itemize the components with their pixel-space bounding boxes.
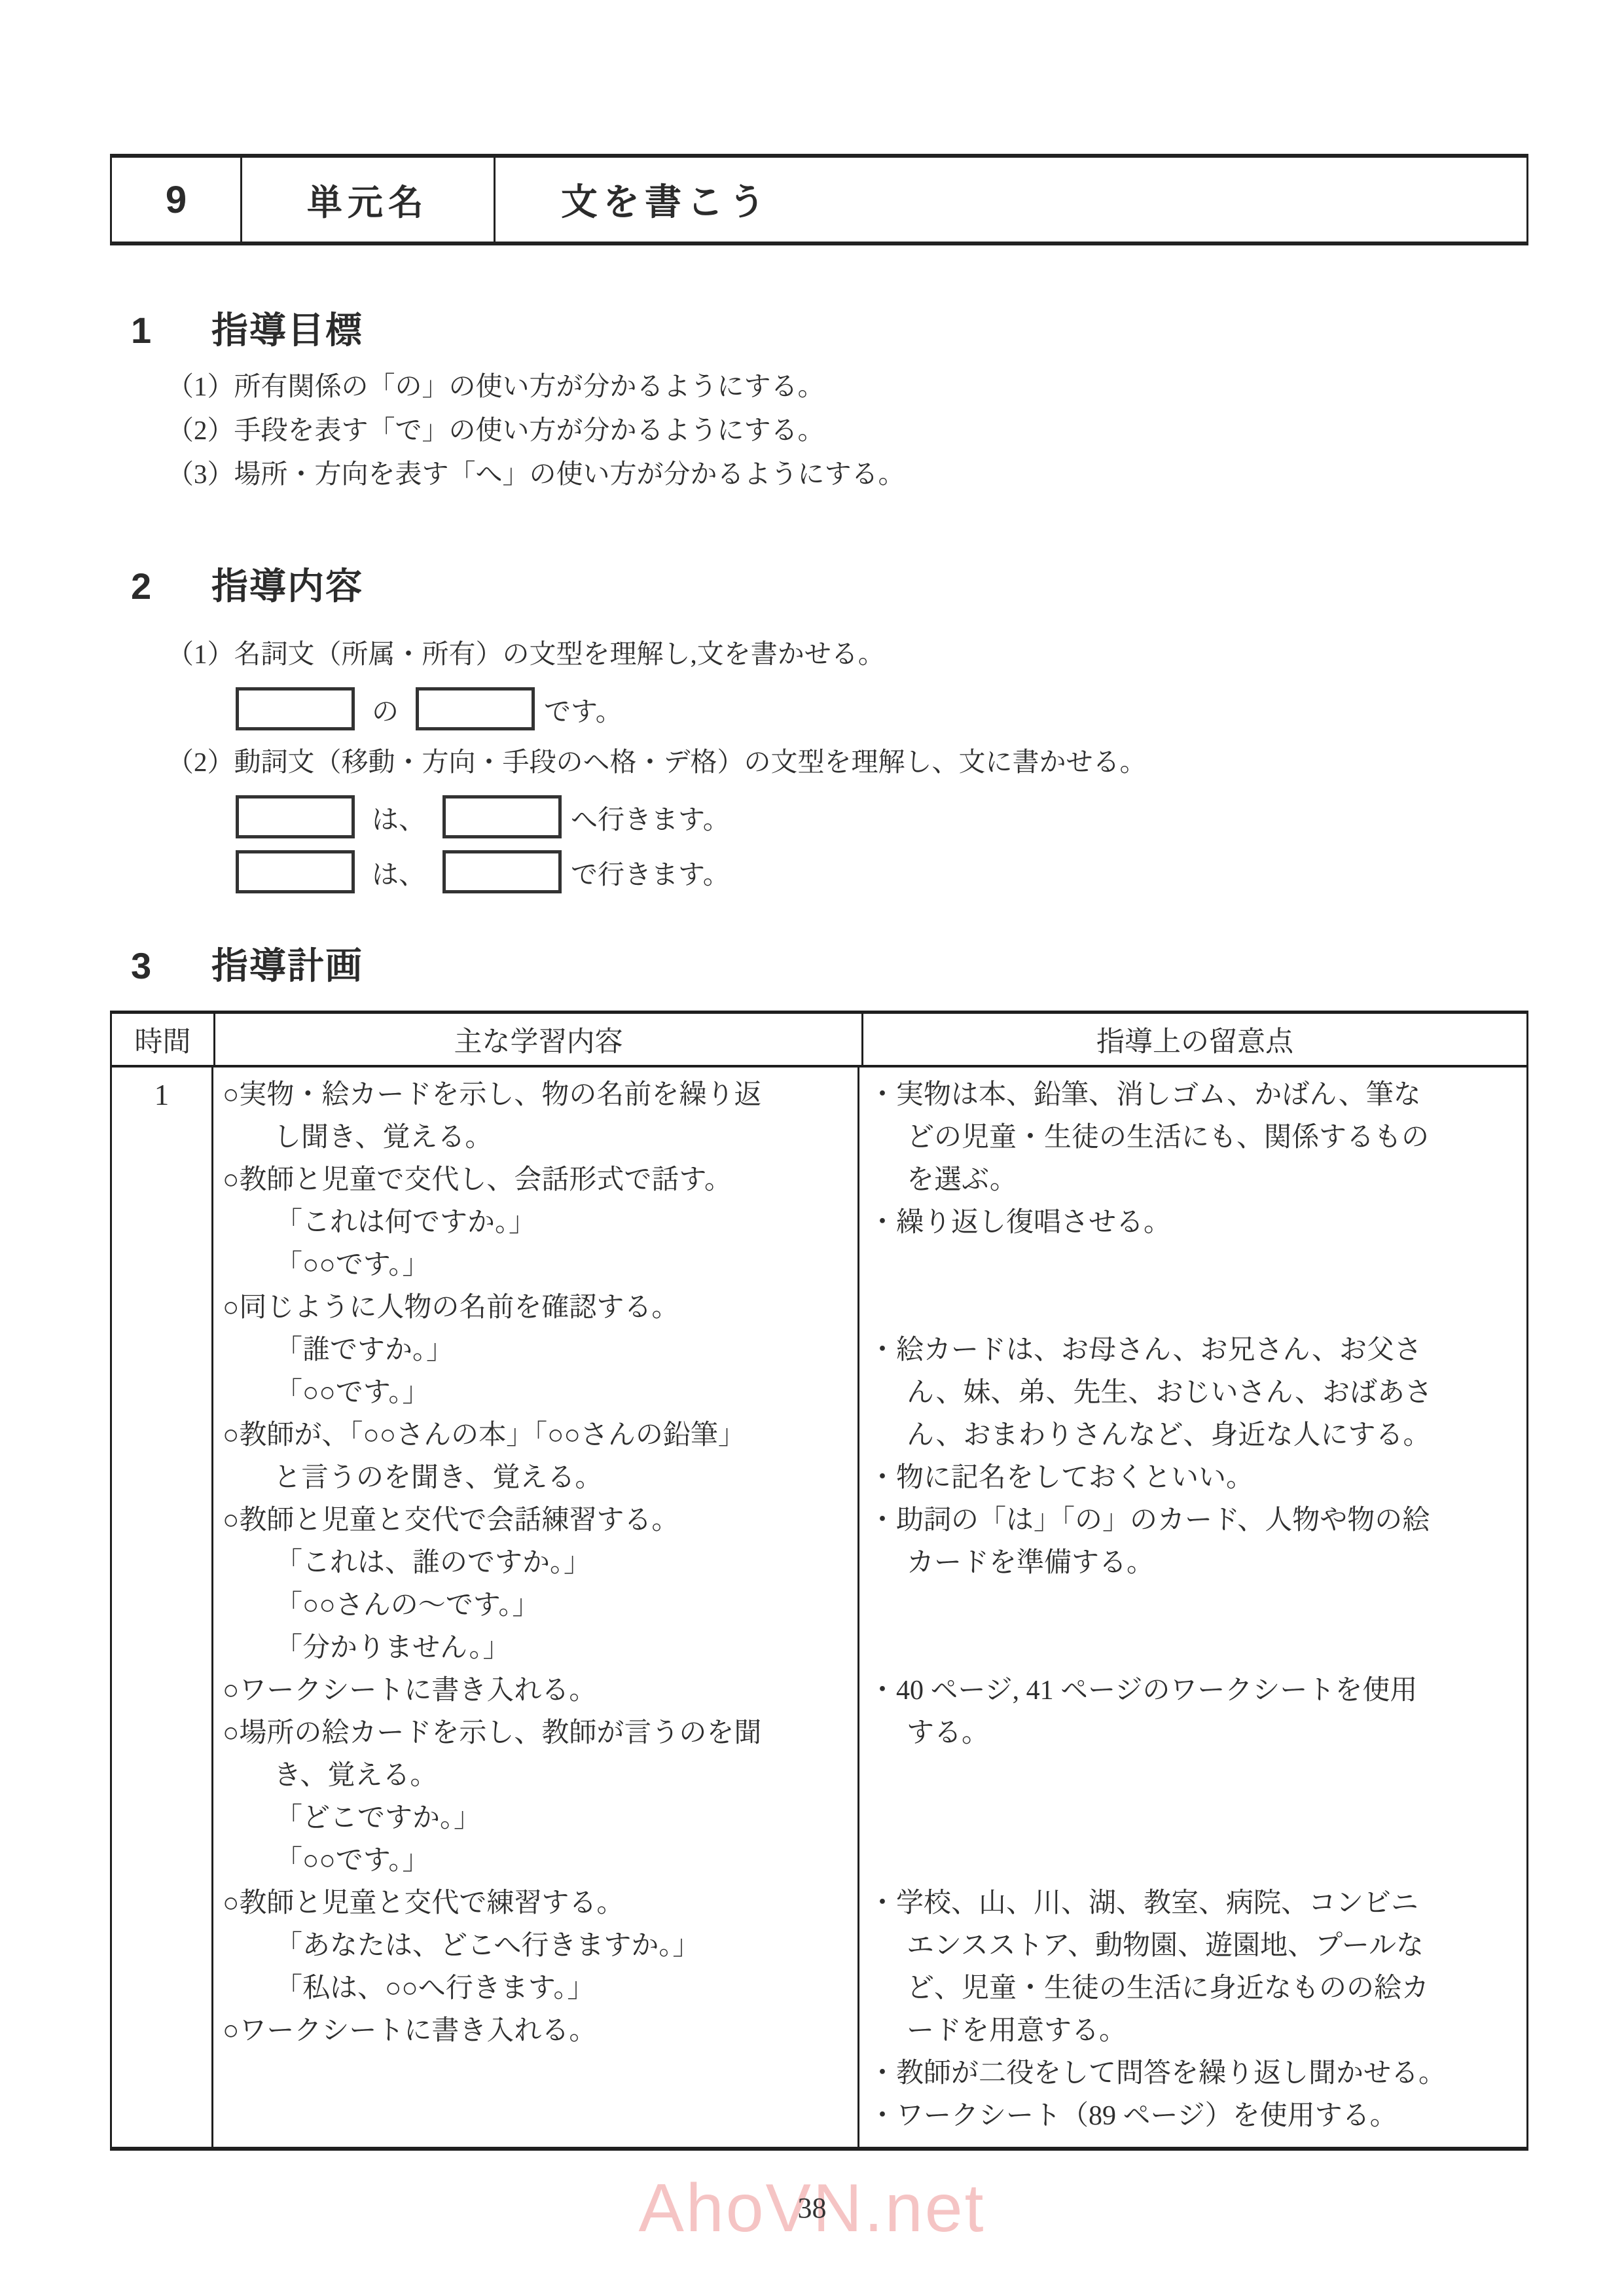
note-line: を選ぶ。: [869, 1159, 1520, 1202]
note-line: エンスストア、動物園、遊園地、プールな: [869, 1925, 1520, 1967]
pattern-suffix: へ行きます。: [571, 798, 730, 836]
note-line: カードを準備する。: [869, 1542, 1520, 1585]
note-line: ・物に記名をしておくといい。: [869, 1457, 1520, 1499]
column-header-notes: 指導上の留意点: [863, 1014, 1526, 1065]
note-line: ん、おまわりさんなど、身近な人にする。: [869, 1414, 1520, 1457]
content-item: （2）動詞文（移動・方向・手段のヘ格・デ格）の文型を理解し、文に書かせる。: [167, 740, 1528, 784]
learning-line: 「あなたは、どこへ行きますか。」: [223, 1925, 850, 1967]
learning-line: ○教師が、「○○さんの本」「○○さんの鉛筆」: [223, 1414, 850, 1457]
section2-body: （1）名詞文（所属・所有）の文型を理解し,文を書かせる。 の です。 （2）動詞…: [167, 632, 1528, 894]
content-item: （1）名詞文（所属・所有）の文型を理解し,文を書かせる。: [167, 632, 1528, 676]
goal-item: （3）場所・方向を表す「へ」の使い方が分かるようにする。: [167, 452, 1528, 496]
learning-cell: ○実物・絵カードを示し、物の名前を繰り返 し聞き、覚える。 ○教師と児童で交代し…: [213, 1067, 859, 2147]
note-line: ど、児童・生徒の生活に身近なものの絵カ: [869, 1967, 1520, 2010]
unit-header-box: 9 単元名 文を書こう: [110, 154, 1528, 245]
section2-title: 指導内容: [211, 567, 363, 606]
document-page: 9 単元名 文を書こう 1 指導目標 （1）所有関係の「の」の使い方が分かるよう…: [0, 0, 1624, 2296]
learning-line: ○教師と児童と交代で会話練習する。: [223, 1499, 850, 1542]
pattern-particle: は、: [372, 853, 425, 891]
column-header-time: 時間: [112, 1014, 215, 1065]
pattern-suffix: で行きます。: [571, 853, 730, 891]
note-line: どの児童・生徒の生活にも、関係するもの: [869, 1117, 1520, 1159]
pattern-particle: は、: [372, 798, 425, 836]
time-cell: 1: [112, 1067, 213, 2147]
plan-table: 時間 主な学習内容 指導上の留意点 1 ○実物・絵カードを示し、物の名前を繰り返…: [110, 1011, 1528, 2151]
pattern-row-noun: の です。: [236, 687, 1528, 731]
section3-number: 3: [131, 946, 156, 986]
blank-box: [442, 850, 562, 893]
section1-title: 指導目標: [211, 311, 363, 350]
blank-box: [442, 795, 562, 838]
learning-line: 「これは、誰のですか。」: [223, 1542, 850, 1585]
section2-number: 2: [131, 567, 156, 606]
learning-line: 「どこですか。」: [223, 1797, 850, 1840]
learning-line: ○ワークシートに書き入れる。: [223, 2010, 850, 2053]
blank-box: [236, 795, 355, 838]
learning-line: 「○○さんの～です。」: [223, 1585, 850, 1627]
note-line: ・絵カードは、お母さん、お兄さん、お父さ: [869, 1329, 1520, 1372]
notes-cell: ・実物は本、鉛筆、消しゴム、かばん、筆な どの児童・生徒の生活にも、関係するもの…: [859, 1067, 1526, 2147]
note-line: ん、妹、弟、先生、おじいさん、おばあさ: [869, 1372, 1520, 1414]
learning-line: 「○○です。」: [223, 1372, 850, 1414]
blank-box: [416, 687, 535, 730]
learning-line: 「分かりません。」: [223, 1627, 850, 1670]
page-number: 38: [0, 2194, 1624, 2223]
learning-line: き、覚える。: [223, 1755, 850, 1797]
learning-line: 「○○です。」: [223, 1840, 850, 1882]
section1-items: （1）所有関係の「の」の使い方が分かるようにする。 （2）手段を表す「で」の使い…: [167, 365, 1528, 496]
section1-number: 1: [131, 311, 156, 350]
section1-heading: 1 指導目標: [131, 311, 1528, 350]
unit-label: 単元名: [242, 158, 496, 242]
note-line: ・繰り返し復唱させる。: [869, 1202, 1520, 1244]
page-content: 9 単元名 文を書こう 1 指導目標 （1）所有関係の「の」の使い方が分かるよう…: [0, 0, 1624, 2151]
blank-box: [236, 850, 355, 893]
learning-line: 「私は、○○へ行きます。」: [223, 1967, 850, 2010]
pattern-row-means: は、 で行きます。: [236, 850, 1528, 894]
learning-line: ○同じように人物の名前を確認する。: [223, 1287, 850, 1329]
note-line: ・学校、山、川、湖、教室、病院、コンビニ: [869, 1882, 1520, 1925]
note-line: する。: [869, 1712, 1520, 1755]
goal-item: （1）所有関係の「の」の使い方が分かるようにする。: [167, 365, 1528, 408]
column-header-learning: 主な学習内容: [215, 1014, 863, 1065]
learning-line: ○場所の絵カードを示し、教師が言うのを聞: [223, 1712, 850, 1755]
learning-line: ○教師と児童で交代し、会話形式で話す。: [223, 1159, 850, 1202]
pattern-row-direction: は、 へ行きます。: [236, 795, 1528, 839]
section3-title: 指導計画: [211, 946, 363, 986]
note-line: ・ワークシート（89 ページ）を使用する。: [869, 2095, 1520, 2138]
learning-line: し聞き、覚える。: [223, 1117, 850, 1159]
note-line: ・助詞の「は」「の」のカード、人物や物の絵: [869, 1499, 1520, 1542]
learning-line: 「○○です。」: [223, 1244, 850, 1287]
learning-line: ○ワークシートに書き入れる。: [223, 1670, 850, 1712]
section2-heading: 2 指導内容: [131, 567, 1528, 606]
unit-title: 文を書こう: [496, 158, 1526, 242]
learning-line: 「これは何ですか。」: [223, 1202, 850, 1244]
pattern-suffix: です。: [544, 690, 623, 728]
pattern-particle: の: [372, 690, 399, 728]
blank-box: [236, 687, 355, 730]
table-body-row: 1 ○実物・絵カードを示し、物の名前を繰り返 し聞き、覚える。 ○教師と児童で交…: [112, 1067, 1526, 2147]
learning-line: と言うのを聞き、覚える。: [223, 1457, 850, 1499]
learning-line: 「誰ですか。」: [223, 1329, 850, 1372]
time-value: 1: [112, 1074, 211, 1117]
table-header-row: 時間 主な学習内容 指導上の留意点: [112, 1014, 1526, 1067]
note-line: ・実物は本、鉛筆、消しゴム、かばん、筆な: [869, 1074, 1520, 1117]
learning-line: ○教師と児童と交代で練習する。: [223, 1882, 850, 1925]
goal-item: （2）手段を表す「で」の使い方が分かるようにする。: [167, 408, 1528, 452]
learning-line: ○実物・絵カードを示し、物の名前を繰り返: [223, 1074, 850, 1117]
note-line: ードを用意する。: [869, 2010, 1520, 2053]
unit-number: 9: [112, 158, 242, 242]
section3-heading: 3 指導計画: [131, 946, 1528, 986]
note-line: ・40 ページ, 41 ページのワークシートを使用: [869, 1670, 1520, 1712]
note-line: ・教師が二役をして問答を繰り返し聞かせる。: [869, 2053, 1520, 2095]
